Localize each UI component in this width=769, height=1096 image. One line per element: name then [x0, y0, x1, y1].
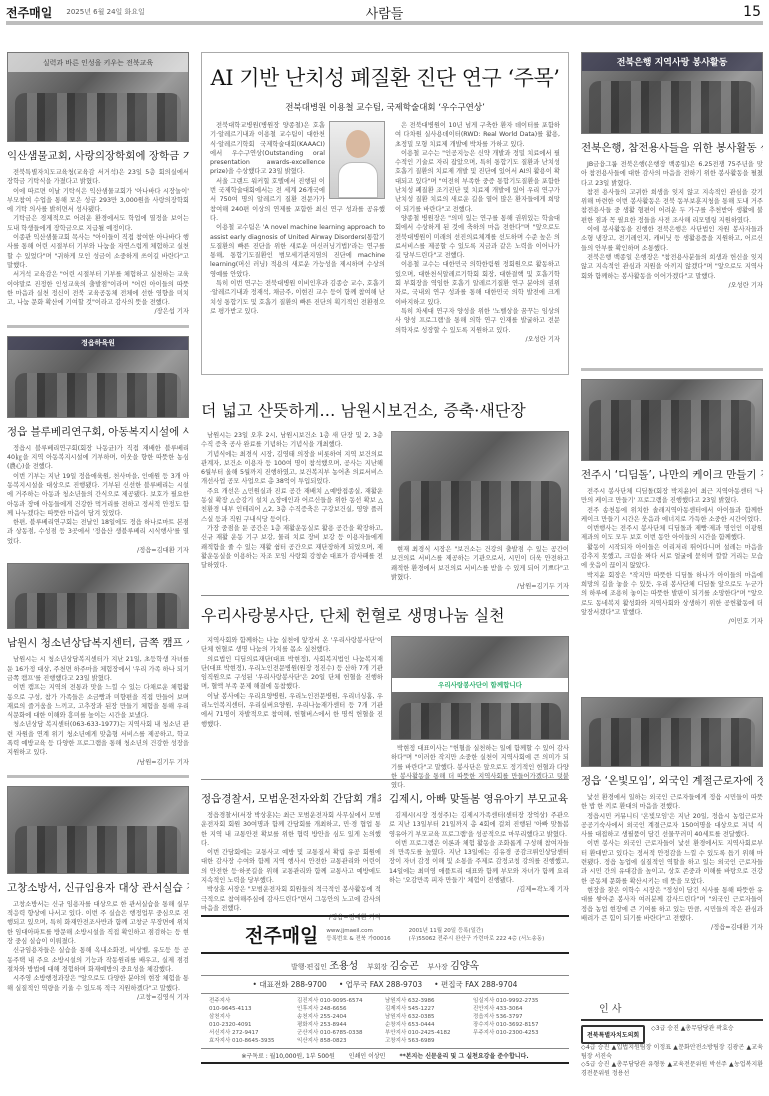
article-photo [7, 786, 189, 874]
org-badge: 전북특별자치도의회 [581, 1025, 645, 1044]
article-body: 정읍시 블루베리연구회(회장 나동균)가 직접 재배한 블루베리 40㎏을 지역… [7, 444, 189, 556]
section-title: 사람들 [366, 3, 404, 22]
article-title[interactable]: 더 넓고 산뜻하게… 남원시보건소, 증축·새단장 [201, 398, 569, 421]
notice-heading: 인 사 [599, 1000, 763, 1015]
article-body: 전북특별자치도교육청(교육감 서거석)은 23일 5층 회의실에서 장학금 기탁… [7, 168, 189, 317]
article-gimje: 김제시, 아빠 맞돌봄 영유아기 부모교육 프로그램 성료 김제시(시장 정성주… [389, 785, 569, 927]
article-photo [581, 379, 763, 461]
article-didimdol: 전주시 ‘디딤돌’, 나만의 케이크 만들기 진행 전주시 봉사단체 디딤돌(회… [581, 379, 763, 687]
article-onbit: 정읍 ‘온빛모임’, 외국인 계절근로자에 정성 나눔 낯선 환경에서 일하는 … [581, 697, 763, 959]
header-divider [6, 21, 763, 25]
article-title[interactable]: 우리사랑봉사단, 단체 헌혈로 생명나눔 실천 [201, 603, 569, 626]
byline: /고창=김영식 기자 [7, 993, 189, 1002]
article-police: 정읍경찰서, 모범운전자와회 간담회 개최 정읍경찰서(서장 박상훈)는 최근 … [201, 785, 381, 927]
byline: /남원=김기두 기자 [7, 758, 189, 767]
page-number: 15 [743, 4, 761, 20]
byline: /장은섭 기자 [7, 307, 189, 316]
article-photo: 전북은행 지역사랑 봉사활동 [581, 52, 763, 134]
page-header: 전주매일 2025년 6월 24일 화요일 사람들 15 [6, 4, 763, 20]
article-title[interactable]: 정읍경찰서, 모범운전자와회 간담회 개최 [201, 791, 381, 806]
article-photo: 실력과 바른 인성을 키우는 전북교육 [7, 52, 189, 142]
article-photo [581, 697, 763, 767]
byline: /오성란 기자 [395, 335, 560, 344]
divider [7, 775, 189, 778]
article-title[interactable]: 익산샘물교회, 사랑의장학회에 장학금 기탁 [7, 148, 189, 163]
main-article: AI 기반 난치성 폐질환 진단 연구 ‘주목’ 전북대병원 이용철 교수팀, … [201, 52, 569, 375]
article-namwon-health: 더 넓고 산뜻하게… 남원시보건소, 증축·새단장 남원시는 23일 오후 2시… [201, 398, 569, 609]
issue-date: 2025년 6월 24일 화요일 [66, 7, 144, 17]
website-link[interactable]: www.jjmaeil.com [326, 927, 390, 935]
masthead: 전주매일 www.jjmaeil.com등록번호 & 전북 가00016 200… [201, 915, 569, 1064]
byline: /정읍=김대환 기자 [7, 546, 189, 555]
divider [7, 325, 189, 328]
article-blueberry: 정읍하육원 정읍 블루베리연구회, 아동복지시설에 사랑나눔 정읍시 블루베리연… [7, 336, 189, 556]
article-gochang: 고창소방서, 신규임용자 대상 관서실습 진행 고창소방서는 신규 임용자를 대… [7, 786, 189, 1002]
article-photo: 정읍하육원 [7, 336, 189, 418]
article-photo: 우리사랑봉사단이 함께합니다 [391, 636, 569, 740]
newspaper-logo: 전주매일 [6, 4, 52, 21]
article-photo [391, 431, 569, 541]
article-body: 남원시는 시 청소년상담복지센터가 지난 21일, 초등학생 자녀를 둔 16가… [7, 655, 189, 767]
article-namwon-camp: 남원시 청소년상담복지센터, 금쪽 캠프 성료 남원시는 시 청소년상담복지센터… [7, 635, 189, 767]
article-title[interactable]: 전주시 ‘디딤돌’, 나만의 케이크 만들기 진행 [581, 467, 763, 482]
article-title[interactable]: 남원시 청소년상담복지센터, 금쪽 캠프 성료 [7, 635, 189, 650]
article-title[interactable]: 고창소방서, 신규임용자 대상 관서실습 진행 [7, 880, 189, 895]
article-blood-donation: 우리사랑봉사단, 단체 헌혈로 생명나눔 실천 지역사회와 함께하는 나눔 실천… [201, 603, 569, 790]
article-title[interactable]: 정읍 ‘온빛모임’, 외국인 계절근로자에 정성 나눔 [581, 773, 763, 788]
article-title[interactable]: 전북은행, 참전용사들을 위한 봉사활동 실시 [581, 140, 763, 155]
branch-list: 전주지사김진지사 010-9095-6574남원지사 632-3986임실지사 … [201, 994, 569, 1048]
article-title[interactable]: 정읍 블루베리연구회, 아동복지시설에 사랑나눔 [7, 424, 189, 439]
right-column: 전북은행 지역사랑 봉사활동 전북은행, 참전용사들을 위한 봉사활동 실시 J… [581, 52, 763, 959]
main-headline[interactable]: AI 기반 난치성 폐질환 진단 연구 ‘주목’ [202, 62, 568, 92]
article-title[interactable]: 김제시, 아빠 맞돌봄 영유아기 부모교육 프로그램 성료 [389, 791, 569, 806]
article-jbbank: 전북은행 지역사랑 봉사활동 전북은행, 참전용사들을 위한 봉사활동 실시 J… [581, 52, 763, 360]
portrait-photo [329, 121, 385, 199]
personnel-notice: 인 사 전북특별자치도의회 ◇3급 승진 ▲총무담당관 곽효승 ◇4급 승진 ▲… [581, 1000, 763, 1078]
main-subheadline: 전북대병원 이용철 교수팀, 국제학술대회 ‘우수구연상’ [202, 101, 568, 113]
article-iksan: 실력과 바른 인성을 키우는 전북교육 익산샘물교회, 사랑의장학회에 장학금 … [7, 52, 189, 317]
article-body: 고창소방서는 신규 임용자를 대상으로 한 관서실습을 통해 실무 적응력 향상… [7, 900, 189, 1002]
left-column: 실력과 바른 인성을 키우는 전북교육 익산샘물교회, 사랑의장학회에 장학금 … [7, 52, 189, 1002]
article-photo [7, 563, 189, 629]
footer-logo: 전주매일 [245, 921, 318, 948]
